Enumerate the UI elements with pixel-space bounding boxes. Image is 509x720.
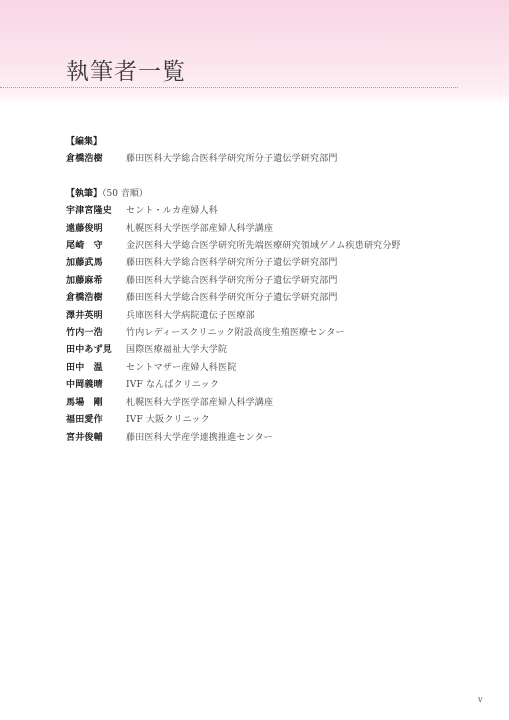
contributor-affiliation: セントマザー産婦人科医院: [126, 360, 236, 377]
contributor-name: 加藤麻希: [66, 273, 126, 290]
page-number: v: [478, 695, 483, 704]
contributor-name: 宮井俊輔: [66, 430, 126, 447]
contributor-affiliation: IVF なんばクリニック: [126, 377, 219, 394]
author-entry: 福田愛作 IVF 大阪クリニック: [66, 412, 466, 429]
contributor-affiliation: 札幌医科大学医学部産婦人科学講座: [126, 395, 273, 412]
authors-order-note: （50 音順）: [102, 189, 148, 199]
author-entry: 尾崎 守 金沢医科大学総合医学研究所先端医療研究領域ゲノム疾患研究分野: [66, 238, 466, 255]
page-title: 執筆者一覧: [66, 58, 186, 86]
contributor-name: 竹内一浩: [66, 325, 126, 342]
author-entry: 宇津宮隆史 セント・ルカ産婦人科: [66, 203, 466, 220]
author-entry: 加藤麻希 藤田医科大学総合医科学研究所分子遺伝学研究部門: [66, 273, 466, 290]
section-gap: [66, 169, 466, 186]
author-entry: 田中あず見 国際医療福祉大学大学院: [66, 342, 466, 359]
author-entry: 倉橋浩樹 藤田医科大学総合医科学研究所分子遺伝学研究部門: [66, 290, 466, 307]
contributor-name: 宇津宮隆史: [66, 203, 126, 220]
contributor-name: 遠藤俊明: [66, 221, 126, 238]
contributor-name: 加藤武馬: [66, 255, 126, 272]
author-entry: 竹内一浩 竹内レディースクリニック附設高度生殖医療センター: [66, 325, 466, 342]
contributor-affiliation: 藤田医科大学総合医科学研究所分子遺伝学研究部門: [126, 151, 338, 168]
author-entry: 加藤武馬 藤田医科大学総合医科学研究所分子遺伝学研究部門: [66, 255, 466, 272]
contributor-affiliation: 藤田医科大学総合医科学研究所分子遺伝学研究部門: [126, 255, 338, 272]
author-entry: 中岡義晴 IVF なんばクリニック: [66, 377, 466, 394]
author-entry: 遠藤俊明 札幌医科大学医学部産婦人科学講座: [66, 221, 466, 238]
contributor-affiliation: 金沢医科大学総合医学研究所先端医療研究領域ゲノム疾患研究分野: [126, 238, 401, 255]
contributor-affiliation: セント・ルカ産婦人科: [126, 203, 218, 220]
title-dotted-rule: [0, 87, 458, 88]
contributor-affiliation: 兵庫医科大学病院遺伝子医療部: [126, 308, 255, 325]
contributor-affiliation: 国際医療福祉大学大学院: [126, 342, 227, 359]
authors-heading: 【執筆】（50 音順）: [66, 186, 466, 203]
contributor-affiliation: 札幌医科大学医学部産婦人科学講座: [126, 221, 273, 238]
author-entry: 澤井英明 兵庫医科大学病院遺伝子医療部: [66, 308, 466, 325]
editor-entry: 倉橋浩樹 藤田医科大学総合医科学研究所分子遺伝学研究部門: [66, 151, 466, 168]
author-entry: 田中 温 セントマザー産婦人科医院: [66, 360, 466, 377]
header-band: [0, 0, 509, 104]
contributor-name: 倉橋浩樹: [66, 290, 126, 307]
contributor-name: 福田愛作: [66, 412, 126, 429]
contributor-affiliation: IVF 大阪クリニック: [126, 412, 210, 429]
editors-heading: 【編集】: [66, 134, 466, 151]
contributor-name: 尾崎 守: [66, 238, 126, 255]
contributor-name: 田中あず見: [66, 342, 126, 359]
author-entry: 宮井俊輔 藤田医科大学産学連携推進センター: [66, 430, 466, 447]
contributor-name: 中岡義晴: [66, 377, 126, 394]
contributors-list: 【編集】 倉橋浩樹 藤田医科大学総合医科学研究所分子遺伝学研究部門 【執筆】（5…: [66, 134, 466, 447]
author-entry: 馬場 剛 札幌医科大学医学部産婦人科学講座: [66, 395, 466, 412]
contributor-affiliation: 竹内レディースクリニック附設高度生殖医療センター: [126, 325, 345, 342]
contributor-name: 馬場 剛: [66, 395, 126, 412]
contributor-affiliation: 藤田医科大学総合医科学研究所分子遺伝学研究部門: [126, 290, 338, 307]
contributor-affiliation: 藤田医科大学産学連携推進センター: [126, 430, 273, 447]
contributor-affiliation: 藤田医科大学総合医科学研究所分子遺伝学研究部門: [126, 273, 338, 290]
contributor-name: 田中 温: [66, 360, 126, 377]
contributor-name: 倉橋浩樹: [66, 151, 126, 168]
contributor-name: 澤井英明: [66, 308, 126, 325]
